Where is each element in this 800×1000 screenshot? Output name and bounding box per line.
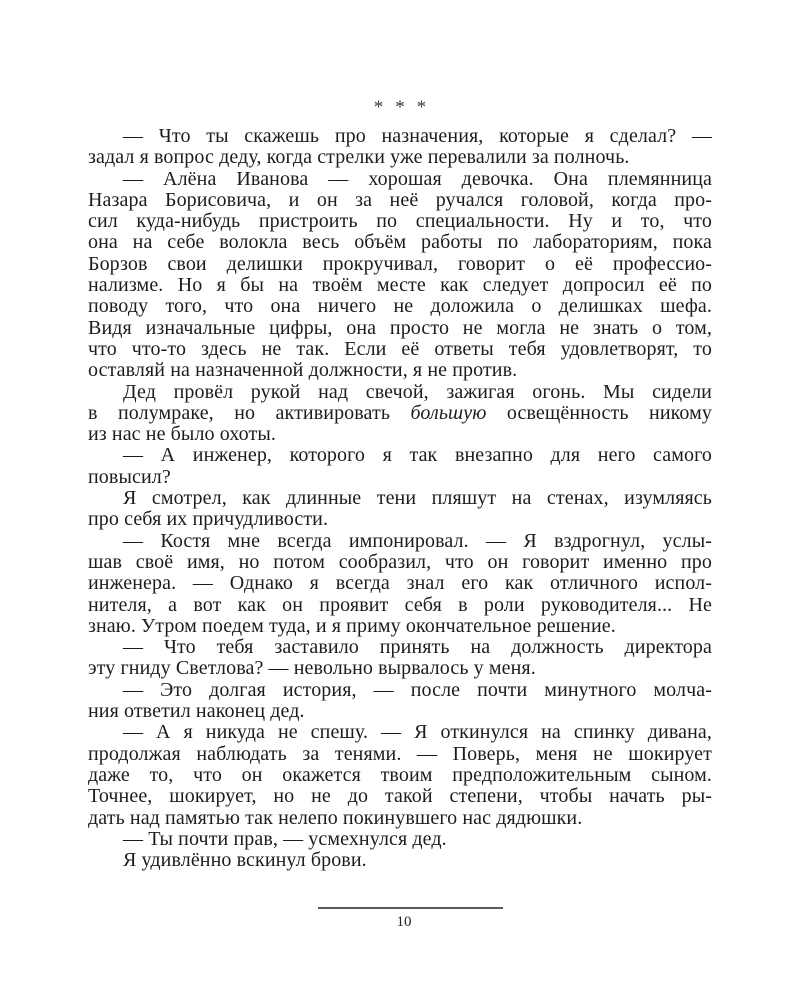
paragraph: — Что ты скажешь про назначения, которые…: [88, 126, 712, 169]
paragraph: Я удивлённо вскинул брови.: [88, 850, 712, 871]
paragraph: — Алёна Иванова — хорошая девочка. Она п…: [88, 169, 712, 382]
text-line: — Что ты скажешь про назначения, которые…: [88, 126, 712, 147]
text-line: Я смотрел, как длинные тени пляшут на ст…: [88, 488, 712, 509]
text-line: в полумраке, но активировать большую осв…: [88, 403, 712, 424]
paragraph: — А инженер, которого я так внезапно для…: [88, 445, 712, 488]
text-line: Дед провёл рукой над свечой, зажигая ого…: [88, 382, 712, 403]
text-line: — Это долгая история, — после почти мину…: [88, 680, 712, 701]
section-separator: * * *: [88, 97, 712, 118]
text-line: Я удивлённо вскинул брови.: [88, 850, 712, 871]
text-line: сил куда-нибудь пристроить по специально…: [88, 211, 712, 232]
text-line: знаю. Утром поедем туда, и я приму оконч…: [88, 616, 712, 637]
paragraph: Дед провёл рукой над свечой, зажигая ого…: [88, 382, 712, 446]
text-line: — Что тебя заставило принять на должност…: [88, 637, 712, 658]
text-line: повысил?: [88, 467, 712, 488]
text-line: задал я вопрос деду, когда стрелки уже п…: [88, 147, 712, 168]
text-line: дать над памятью так нелепо покинувшего …: [88, 808, 712, 829]
page-text-column: * * * — Что ты скажешь про назначения, к…: [88, 97, 712, 871]
text-line: про себя их причудливости.: [88, 509, 712, 530]
text-line: эту гниду Светлова? — невольно вырвалось…: [88, 658, 712, 679]
text-line: нителя, а вот как он проявит себя в роли…: [88, 595, 712, 616]
text-line: нализме. Но я бы на твоём месте как след…: [88, 275, 712, 296]
book-page: * * * — Что ты скажешь про назначения, к…: [0, 0, 800, 1000]
page-text: — Что ты скажешь про назначения, которые…: [88, 126, 712, 871]
text-line: — Ты почти прав, — усмехнулся дед.: [88, 829, 712, 850]
text-line: оставляй на назначенной должности, я не …: [88, 360, 712, 381]
text-line: — Алёна Иванова — хорошая девочка. Она п…: [88, 169, 712, 190]
text-line: что что-то здесь не так. Если её ответы …: [88, 339, 712, 360]
text-line: — Костя мне всегда импонировал. — Я вздр…: [88, 531, 712, 552]
text-line: она на себе волокла весь объём работы по…: [88, 232, 712, 253]
text-line: инженера. — Однако я всегда знал его как…: [88, 573, 712, 594]
text-line: поводу того, что она ничего не доложила …: [88, 296, 712, 317]
paragraph: — А я никуда не спешу. — Я откинулся на …: [88, 722, 712, 828]
text-line: ния ответил наконец дед.: [88, 701, 712, 722]
paragraph: — Костя мне всегда импонировал. — Я вздр…: [88, 531, 712, 637]
text-line: Борзов свои делишки прокручивал, говорит…: [88, 254, 712, 275]
page-number: 10: [0, 914, 800, 931]
paragraph: — Это долгая история, — после почти мину…: [88, 680, 712, 723]
text-line: — А я никуда не спешу. — Я откинулся на …: [88, 722, 712, 743]
text-line: продолжая наблюдать за тенями. — Поверь,…: [88, 744, 712, 765]
footer-rule: [318, 907, 503, 909]
paragraph: Я смотрел, как длинные тени пляшут на ст…: [88, 488, 712, 531]
text-line: — А инженер, которого я так внезапно для…: [88, 445, 712, 466]
paragraph: — Ты почти прав, — усмехнулся дед.: [88, 829, 712, 850]
text-line: шав своё имя, но потом сообразил, что он…: [88, 552, 712, 573]
text-line: Назара Борисовича, и он за неё ручался г…: [88, 190, 712, 211]
text-line: Видя изначальные цифры, она просто не мо…: [88, 318, 712, 339]
paragraph: — Что тебя заставило принять на должност…: [88, 637, 712, 680]
text-line: Точнее, шокирует, но не до такой степени…: [88, 786, 712, 807]
text-line: даже то, что он окажется твоим предполож…: [88, 765, 712, 786]
text-line: из нас не было охоты.: [88, 424, 712, 445]
